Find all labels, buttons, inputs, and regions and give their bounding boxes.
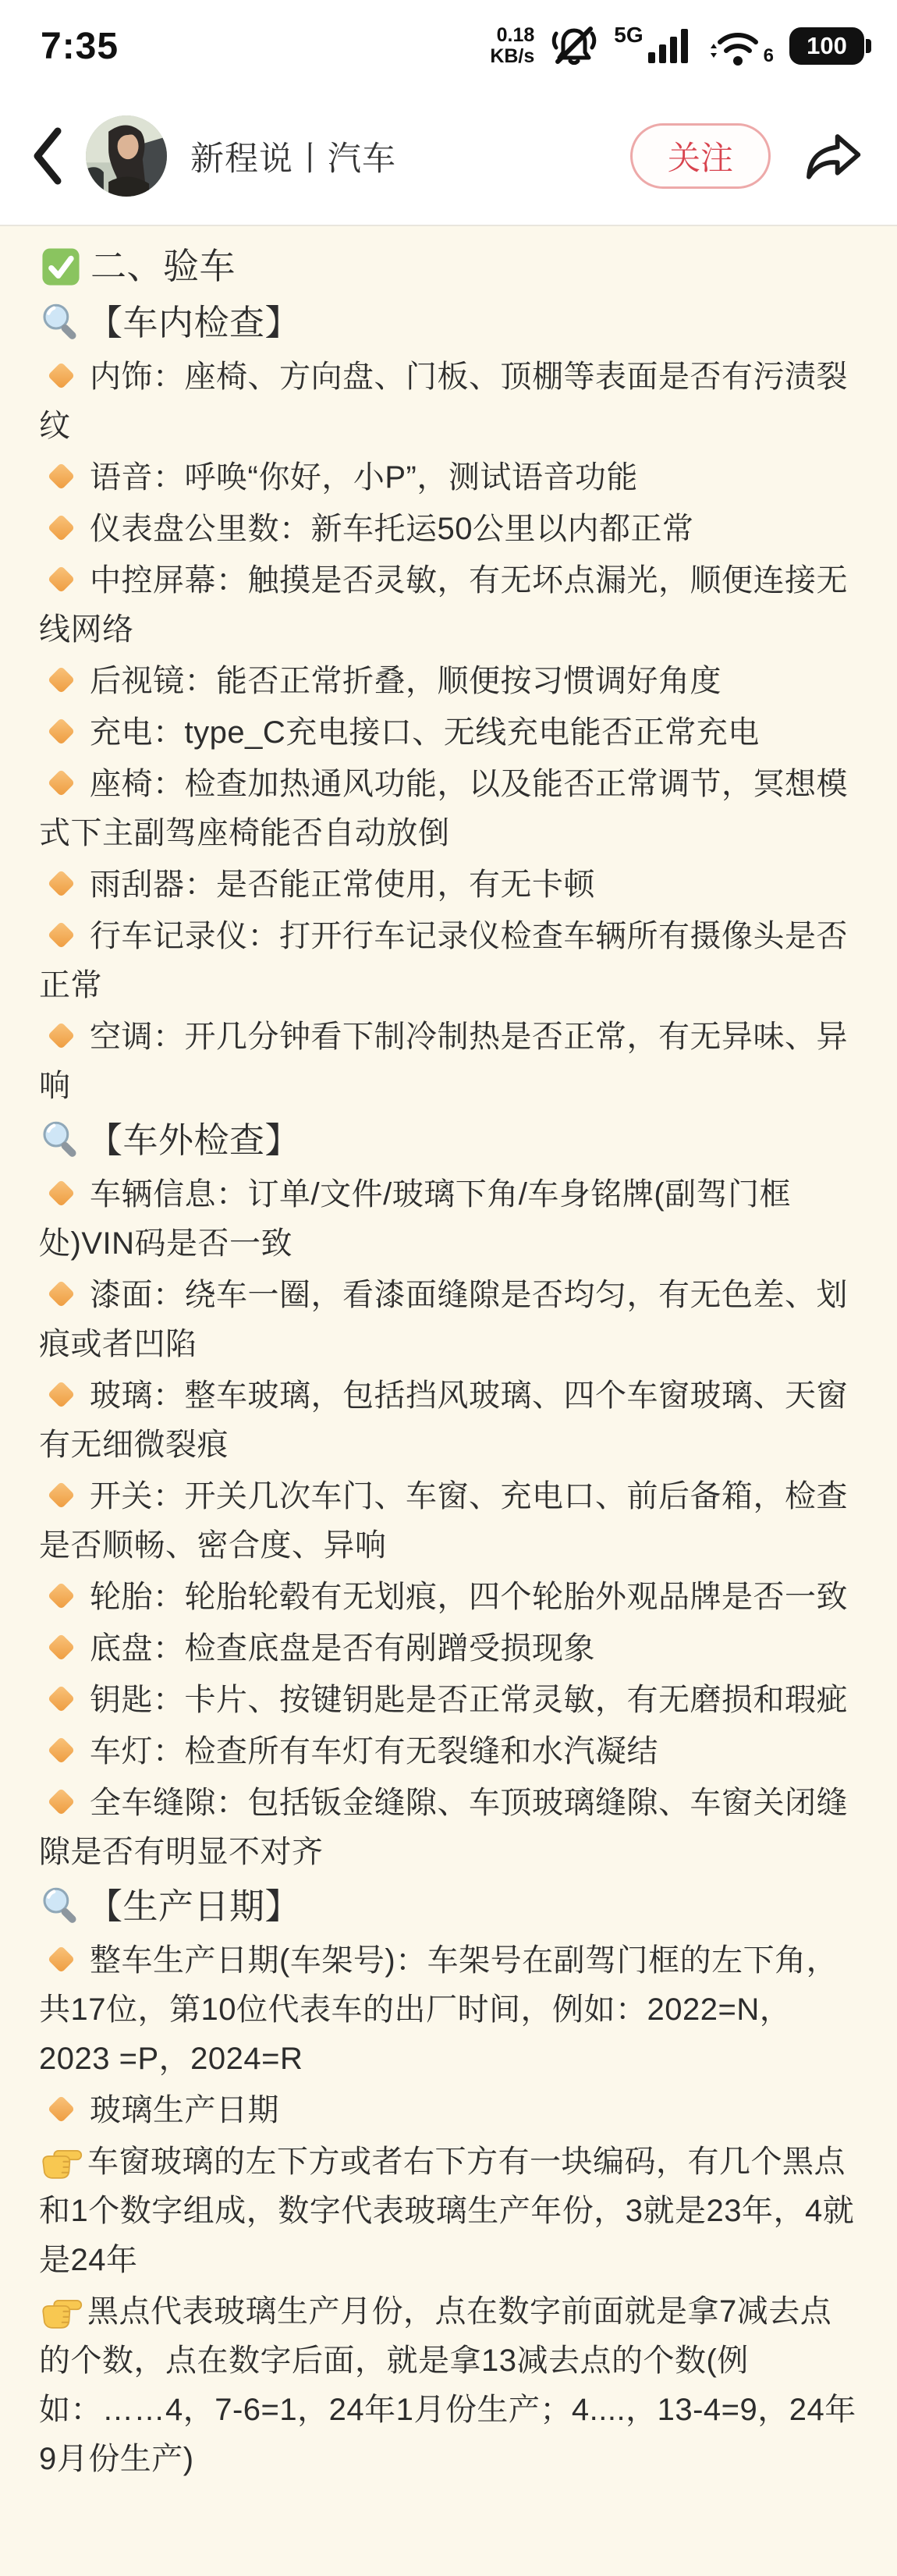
checklist-item: 玻璃生产日期 — [39, 2086, 858, 2135]
checklist-item: 空调：开几分钟看下制冷制热是否正常，有无异味、异响 — [39, 1013, 858, 1111]
point-right-emoji-icon — [39, 2141, 83, 2181]
orange-diamond-bullet-icon — [48, 1946, 75, 1973]
checklist-item: 钥匙：卡片、按键钥匙是否正常灵敏，有无磨损和瑕疵 — [39, 1676, 858, 1725]
block-text: 内饰：座椅、方向盘、门板、顶棚等表面是否有污渍裂纹 — [39, 360, 848, 443]
block-text: 仪表盘公里数：新车托运50公里以内都正常 — [90, 512, 694, 546]
block-text: 漆面：绕车一圈，看漆面缝隙是否均匀，有无色差、划痕或者凹陷 — [39, 1278, 848, 1361]
section-heading: 【车内检查】 — [39, 296, 858, 350]
checklist-item: 行车记录仪：打开行车记录仪检查车辆所有摄像头是否正常 — [39, 912, 858, 1010]
checklist-item: 车辆信息：订单/文件/玻璃下角/车身铭牌(副驾门框处)VIN码是否一致 — [39, 1170, 858, 1268]
checklist-item: 座椅：检查加热通风功能，以及能否正常调节，冥想模式下主副驾座椅能否自动放倒 — [39, 760, 858, 858]
block-text: 【车外检查】 — [87, 1120, 300, 1160]
magnifier-emoji-icon — [39, 301, 83, 345]
orange-diamond-bullet-icon — [48, 1634, 75, 1661]
checklist-item: 后视镜：能否正常折叠，顺便按习惯调好角度 — [39, 657, 858, 706]
battery-indicator: 100 — [789, 27, 864, 65]
tip-item: 车窗玻璃的左下方或者右下方有一块编码，有几个黑点和1个数字组成，数字代表玻璃生产… — [39, 2138, 858, 2285]
network-speed-value: 0.18 — [497, 25, 535, 46]
block-text: 车辆信息：订单/文件/玻璃下角/车身铭牌(副驾门框处)VIN码是否一致 — [39, 1177, 791, 1261]
checklist-item: 底盘：检查底盘是否有剐蹭受损现象 — [39, 1624, 858, 1673]
orange-diamond-bullet-icon — [48, 1685, 75, 1712]
back-button[interactable] — [28, 121, 75, 191]
follow-label: 关注 — [668, 133, 733, 179]
block-text: 钥匙：卡片、按键钥匙是否正常灵敏，有无磨损和瑕疵 — [90, 1683, 848, 1717]
network-speed: 0.18 KB/s — [490, 25, 534, 67]
share-arrow-icon — [799, 125, 865, 187]
block-text: 车窗玻璃的左下方或者右下方有一块编码，有几个黑点和1个数字组成，数字代表玻璃生产… — [39, 2145, 854, 2277]
checklist-item: 全车缝隙：包括钣金缝隙、车顶玻璃缝隙、车窗关闭缝隙是否有明显不对齐 — [39, 1779, 858, 1877]
magnifier-emoji-icon — [39, 1885, 83, 1928]
magnifier-emoji-icon — [39, 1119, 83, 1162]
orange-diamond-bullet-icon — [48, 718, 75, 745]
orange-diamond-bullet-icon — [48, 566, 75, 593]
orange-diamond-bullet-icon — [48, 870, 75, 897]
checklist-item: 仪表盘公里数：新车托运50公里以内都正常 — [39, 505, 858, 554]
orange-diamond-bullet-icon — [48, 1788, 75, 1815]
orange-diamond-bullet-icon — [48, 1381, 75, 1408]
clock-time: 7:35 — [41, 25, 119, 68]
signal-bars-icon — [647, 26, 692, 66]
orange-diamond-bullet-icon — [48, 1582, 75, 1609]
block-text: 二、验车 — [90, 246, 236, 286]
section-heading: 【车外检查】 — [39, 1113, 858, 1168]
network-speed-unit: KB/s — [490, 46, 534, 67]
block-text: 座椅：检查加热通风功能，以及能否正常调节，冥想模式下主副驾座椅能否自动放倒 — [39, 767, 848, 850]
orange-diamond-bullet-icon — [48, 769, 75, 797]
block-text: 黑点代表玻璃生产月份，点在数字前面就是拿7减去点的个数，点在数字后面，就是拿13… — [39, 2294, 856, 2476]
wifi-band-label: 6 — [764, 47, 774, 66]
check-mark-emoji-icon — [41, 247, 81, 287]
block-text: 后视镜：能否正常折叠，顺便按习惯调好角度 — [90, 664, 721, 698]
orange-diamond-bullet-icon — [48, 1022, 75, 1049]
block-text: 充电：type_C充电接口、无线充电能否正常充电 — [90, 715, 760, 750]
orange-diamond-bullet-icon — [48, 514, 75, 541]
username: 新程说丨汽车 — [190, 133, 630, 180]
block-text: 【车内检查】 — [87, 303, 300, 342]
orange-diamond-bullet-icon — [48, 1737, 75, 1764]
checklist-item: 漆面：绕车一圈，看漆面缝隙是否均匀，有无色差、划痕或者凹陷 — [39, 1271, 858, 1369]
block-text: 玻璃生产日期 — [90, 2093, 279, 2127]
section-heading: 【生产日期】 — [39, 1879, 858, 1934]
block-text: 轮胎：轮胎轮毂有无划痕，四个轮胎外观品牌是否一致 — [90, 1580, 848, 1614]
checklist-item: 语音：呼唤“你好，小P”，测试语音功能 — [39, 453, 858, 502]
block-text: 中控屏幕：触摸是否灵敏，有无坏点漏光，顺便连接无线网络 — [39, 563, 848, 647]
block-text: 玻璃：整车玻璃，包括挡风玻璃、四个车窗玻璃、天窗有无细微裂痕 — [39, 1378, 848, 1462]
network-type-label: 5G — [614, 24, 643, 46]
block-text: 空调：开几分钟看下制冷制热是否正常，有无异味、异响 — [39, 1020, 848, 1103]
battery-level: 100 — [807, 32, 847, 60]
checklist-item: 充电：type_C充电接口、无线充电能否正常充电 — [39, 708, 858, 758]
block-text: 行车记录仪：打开行车记录仪检查车辆所有摄像头是否正常 — [39, 919, 848, 1002]
block-text: 整车生产日期(车架号)：车架号在副驾门框的左下角，共17位，第10位代表车的出厂… — [39, 1943, 838, 2076]
checklist-item: 整车生产日期(车架号)：车架号在副驾门框的左下角，共17位，第10位代表车的出厂… — [39, 1936, 858, 2084]
checklist-item: 开关：开关几次车门、车窗、充电口、前后备箱，检查是否顺畅、密合度、异响 — [39, 1472, 858, 1570]
block-text: 底盘：检查底盘是否有剐蹭受损现象 — [90, 1631, 595, 1666]
checklist-item: 轮胎：轮胎轮毂有无划痕，四个轮胎外观品牌是否一致 — [39, 1573, 858, 1622]
point-right-emoji-icon — [39, 2290, 83, 2331]
checklist-item: 玻璃：整车玻璃，包括挡风玻璃、四个车窗玻璃、天窗有无细微裂痕 — [39, 1371, 858, 1470]
block-text: 【生产日期】 — [87, 1886, 300, 1926]
orange-diamond-bullet-icon — [48, 1280, 75, 1308]
orange-diamond-bullet-icon — [48, 362, 75, 389]
checklist-item: 车灯：检查所有车灯有无裂缝和水汽凝结 — [39, 1727, 858, 1776]
checklist-item: 内饰：座椅、方向盘、门板、顶棚等表面是否有污渍裂纹 — [39, 353, 858, 451]
block-text: 雨刮器：是否能正常使用，有无卡顿 — [90, 868, 595, 902]
wifi-indicator: 6 — [707, 25, 774, 67]
follow-button[interactable]: 关注 — [630, 123, 771, 189]
chevron-left-icon — [28, 123, 64, 189]
article-body: 二、验车【车内检查】内饰：座椅、方向盘、门板、顶棚等表面是否有污渍裂纹语音：呼唤… — [0, 226, 897, 2484]
block-text: 语音：呼唤“你好，小P”，测试语音功能 — [90, 460, 638, 495]
orange-diamond-bullet-icon — [48, 2095, 75, 2123]
orange-diamond-bullet-icon — [48, 921, 75, 949]
mute-icon — [550, 24, 598, 68]
cellular-signal: 5G — [614, 26, 691, 66]
orange-diamond-bullet-icon — [48, 1180, 75, 1207]
block-text: 全车缝隙：包括钣金缝隙、车顶玻璃缝隙、车窗关闭缝隙是否有明显不对齐 — [39, 1786, 848, 1869]
orange-diamond-bullet-icon — [48, 1481, 75, 1509]
share-button[interactable] — [799, 122, 866, 190]
wifi-icon — [707, 25, 762, 67]
orange-diamond-bullet-icon — [48, 463, 75, 490]
checklist-item: 雨刮器：是否能正常使用，有无卡顿 — [39, 860, 858, 910]
avatar[interactable] — [86, 115, 167, 197]
checklist-item: 中控屏幕：触摸是否灵敏，有无坏点漏光，顺便连接无线网络 — [39, 556, 858, 655]
header: 新程说丨汽车 关注 — [0, 87, 897, 226]
block-text: 开关：开关几次车门、车窗、充电口、前后备箱，检查是否顺畅、密合度、异响 — [39, 1479, 848, 1563]
orange-diamond-bullet-icon — [48, 666, 75, 694]
block-text: 车灯：检查所有车灯有无裂缝和水汽凝结 — [90, 1734, 658, 1769]
tip-item: 黑点代表玻璃生产月份，点在数字前面就是拿7减去点的个数，点在数字后面，就是拿13… — [39, 2287, 858, 2484]
status-bar: 7:35 0.18 KB/s 5G — [0, 0, 897, 87]
status-icons: 0.18 KB/s 5G — [490, 24, 864, 68]
article-title: 二、验车 — [39, 239, 858, 293]
